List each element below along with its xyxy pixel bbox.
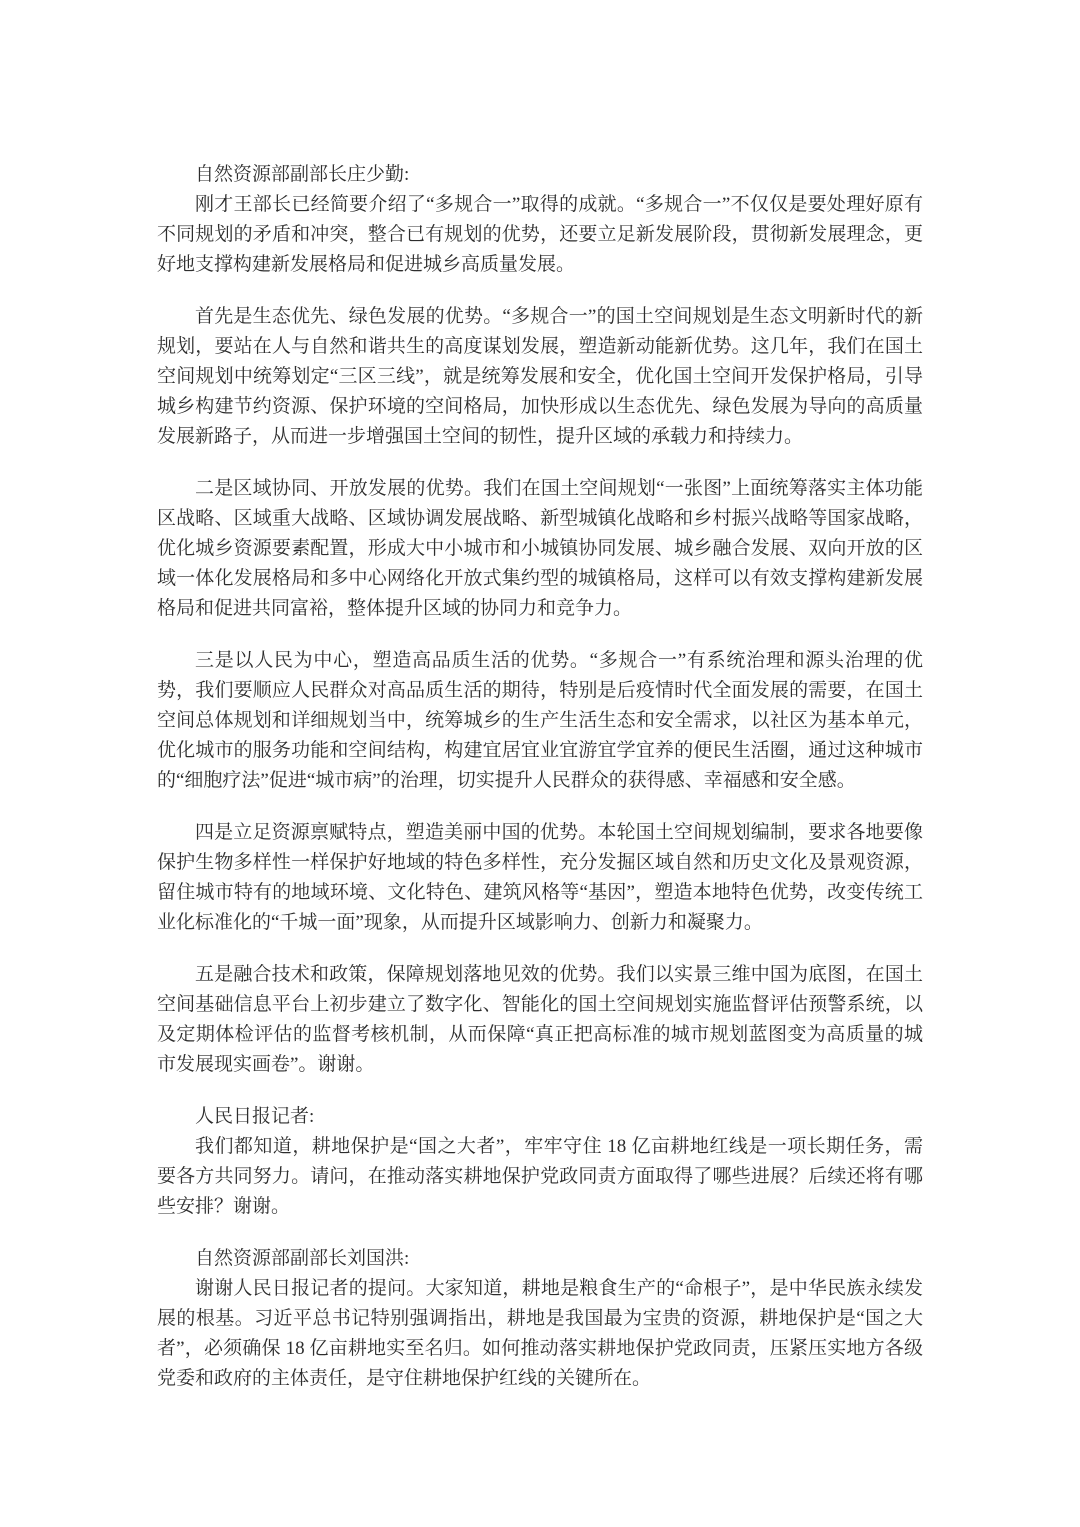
- transcript-section: 人民日报记者: 我们都知道，耕地保护是“国之大者”，牢牢守住 18 亿亩耕地红线…: [157, 1102, 923, 1222]
- paragraph: 首先是生态优先、绿色发展的优势。“多规合一”的国土空间规划是生态文明新时代的新规…: [157, 302, 923, 452]
- speaker-name: 人民日报记者:: [157, 1102, 923, 1132]
- speaker-name: 自然资源部副部长刘国洪:: [157, 1244, 923, 1274]
- paragraph: 谢谢人民日报记者的提问。大家知道，耕地是粮食生产的“命根子”，是中华民族永续发展…: [157, 1274, 923, 1394]
- paragraph: 四是立足资源禀赋特点，塑造美丽中国的优势。本轮国土空间规划编制，要求各地要像保护…: [157, 818, 923, 938]
- paragraph: 我们都知道，耕地保护是“国之大者”，牢牢守住 18 亿亩耕地红线是一项长期任务，…: [157, 1132, 923, 1222]
- document-page: 自然资源部副部长庄少勤: 刚才王部长已经简要介绍了“多规合一”取得的成就。“多规…: [0, 0, 1080, 1527]
- transcript-body: 自然资源部副部长庄少勤: 刚才王部长已经简要介绍了“多规合一”取得的成就。“多规…: [157, 160, 923, 1394]
- transcript-section: 自然资源部副部长刘国洪: 谢谢人民日报记者的提问。大家知道，耕地是粮食生产的“命…: [157, 1244, 923, 1394]
- paragraph: 二是区域协同、开放发展的优势。我们在国土空间规划“一张图”上面统筹落实主体功能区…: [157, 474, 923, 624]
- paragraph: 三是以人民为中心，塑造高品质生活的优势。“多规合一”有系统治理和源头治理的优势，…: [157, 646, 923, 796]
- transcript-section: 自然资源部副部长庄少勤: 刚才王部长已经简要介绍了“多规合一”取得的成就。“多规…: [157, 160, 923, 1080]
- paragraph: 五是融合技术和政策，保障规划落地见效的优势。我们以实景三维中国为底图，在国土空间…: [157, 960, 923, 1080]
- paragraph: 刚才王部长已经简要介绍了“多规合一”取得的成就。“多规合一”不仅仅是要处理好原有…: [157, 190, 923, 280]
- speaker-name: 自然资源部副部长庄少勤:: [157, 160, 923, 190]
